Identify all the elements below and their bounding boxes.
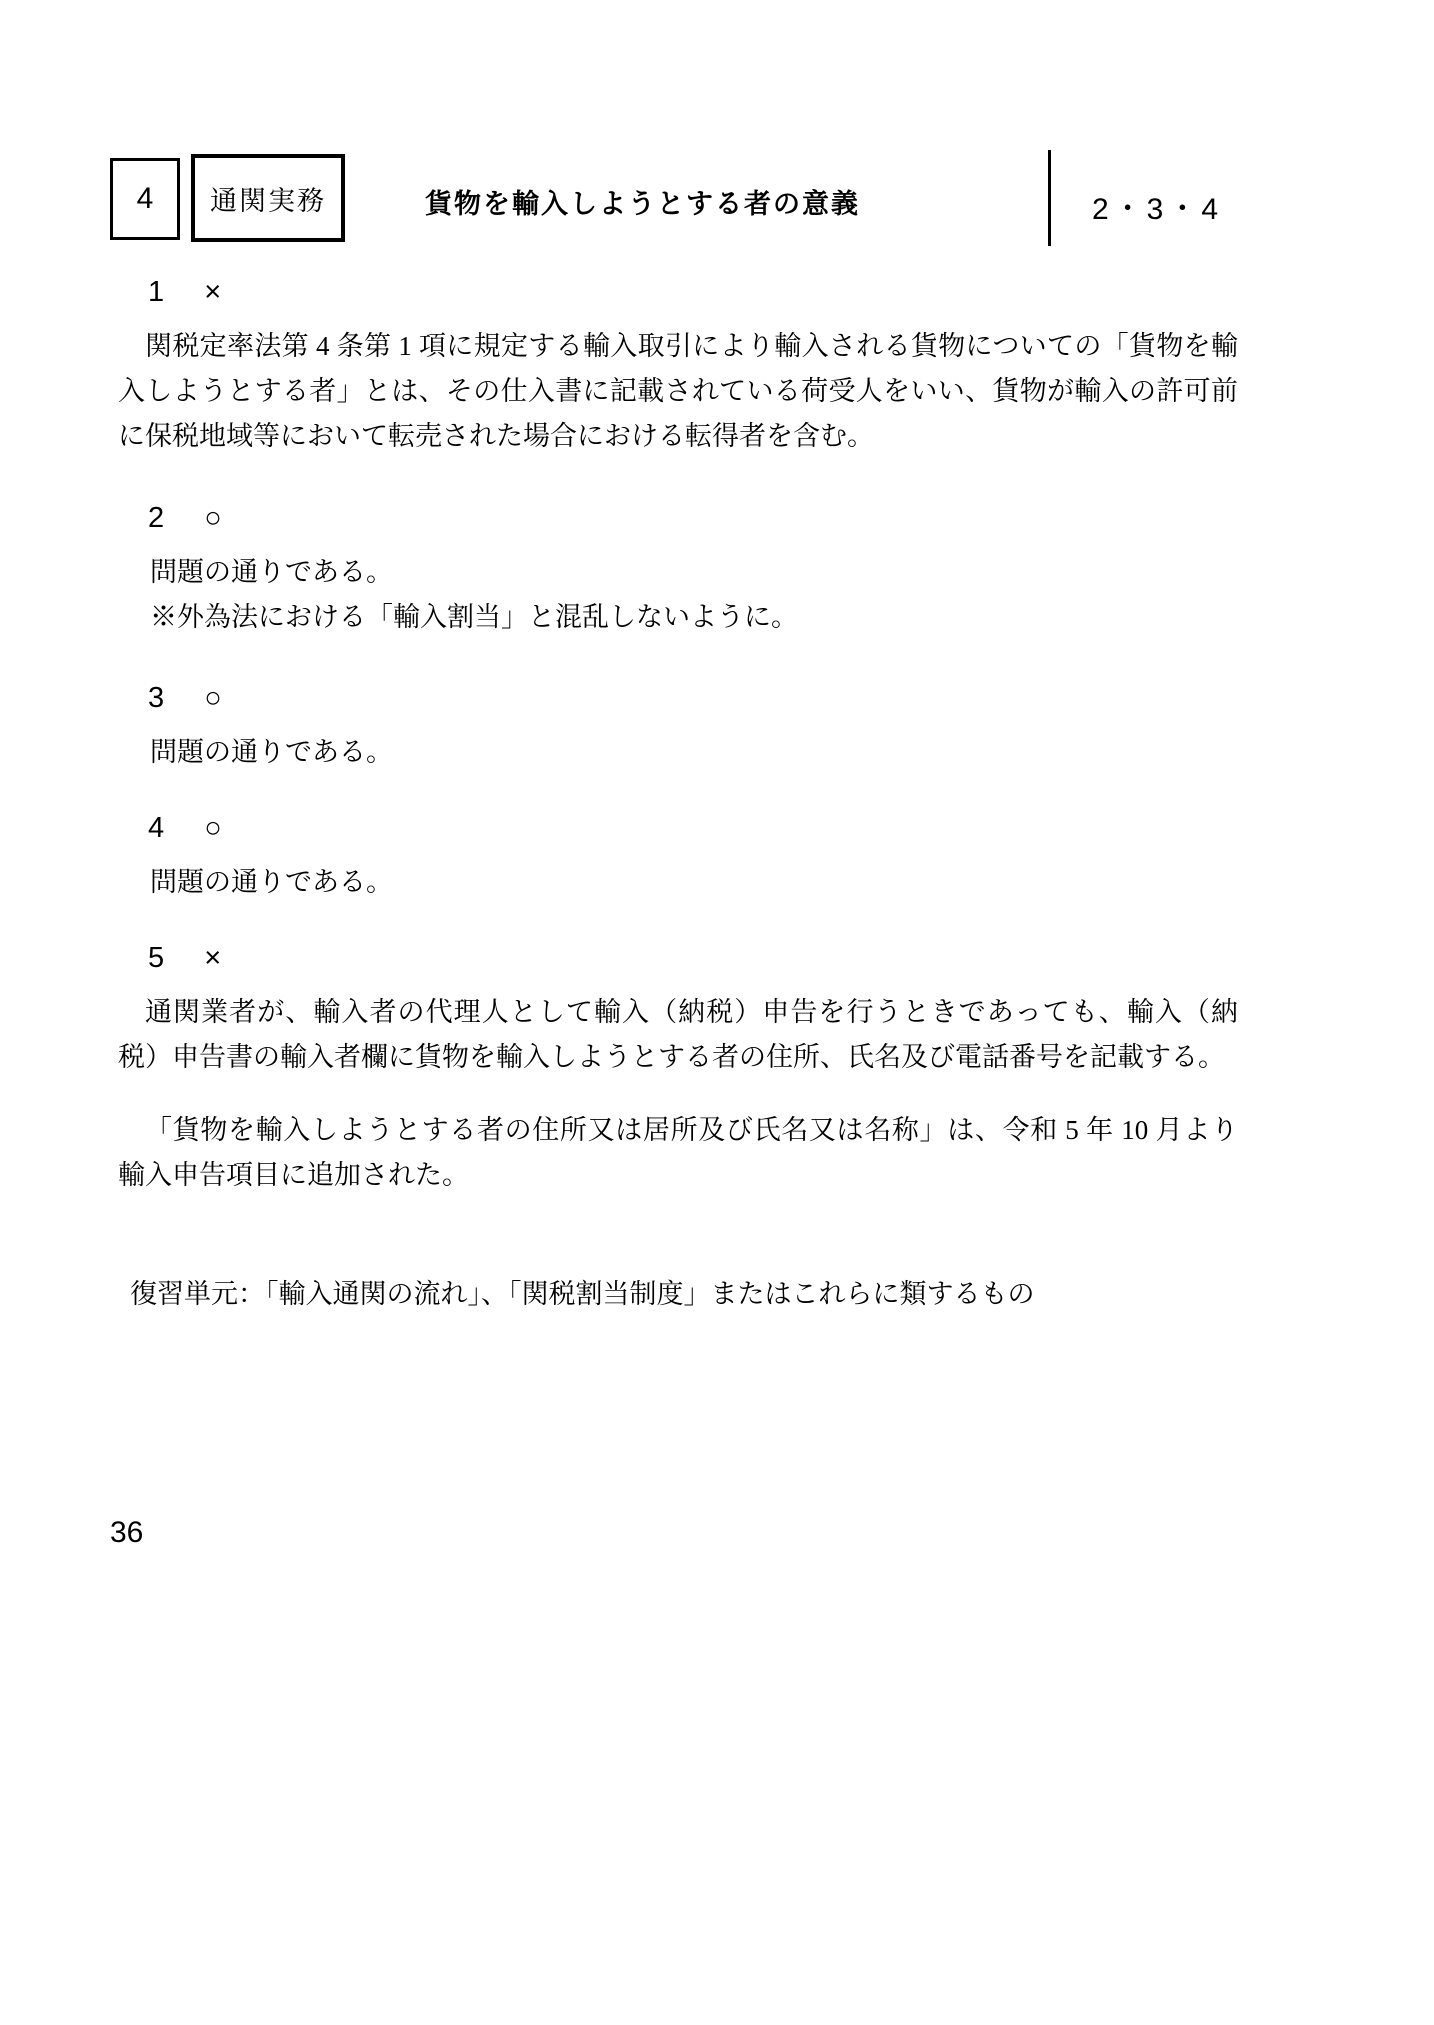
- answer-item-3: 3 ○ 問題の通りである。: [110, 678, 1244, 775]
- answer-2-header: 2 ○: [110, 498, 1244, 538]
- unit-number-box: 4: [110, 158, 180, 240]
- answer-4-mark: ○: [204, 808, 222, 848]
- answer-5-number: 5: [148, 938, 164, 978]
- answer-5-header: 5 ×: [110, 938, 1244, 978]
- answer-2-number: 2: [148, 498, 164, 538]
- answer-2-body: 問題の通りである。 ※外為法における「輸入割当」と混乱しないように。: [110, 550, 1244, 640]
- answer-4-body: 問題の通りである。: [110, 860, 1244, 905]
- answer-1-body: 関税定率法第 4 条第 1 項に規定する輸入取引により輸入される貨物についての「…: [110, 324, 1244, 459]
- answer-1-header: 1 ×: [110, 272, 1244, 312]
- document-page: 4 通関実務 貨物を輸入しようとする者の意義 2・3・4 1 × 関税定率法第 …: [0, 0, 1434, 2025]
- subject-box: 通関実務: [191, 154, 345, 242]
- answer-3-explanation: 問題の通りである。: [150, 730, 1244, 775]
- answer-3-mark: ○: [204, 678, 222, 718]
- answer-4-explanation: 問題の通りである。: [150, 860, 1244, 905]
- answer-3-body: 問題の通りである。: [110, 730, 1244, 775]
- unit-number: 4: [137, 182, 154, 216]
- page-number: 36: [110, 1516, 143, 1550]
- answer-item-5: 5 × 通関業者が、輸入者の代理人として輸入（納税）申告を行うときであっても、輸…: [110, 938, 1244, 1198]
- answer-5-supplement: 「貨物を輸入しようとする者の住所又は居所及び氏名又は名称」は、令和 5 年 10…: [118, 1108, 1238, 1198]
- answer-1-number: 1: [148, 272, 164, 312]
- header-divider-line: [1048, 150, 1051, 246]
- answer-item-2: 2 ○ 問題の通りである。 ※外為法における「輸入割当」と混乱しないように。: [110, 498, 1244, 640]
- answer-2-note: ※外為法における「輸入割当」と混乱しないように。: [150, 595, 1244, 640]
- answer-3-number: 3: [148, 678, 164, 718]
- answer-4-header: 4 ○: [110, 808, 1244, 848]
- answer-2-explanation: 問題の通りである。: [150, 550, 1244, 595]
- answer-2-mark: ○: [204, 498, 222, 538]
- review-unit-note: 復習単元：「輸入通関の流れ」、「関税割当制度」またはこれらに類するもの: [130, 1272, 1035, 1311]
- answer-5-body: 通関業者が、輸入者の代理人として輸入（納税）申告を行うときであっても、輸入（納税…: [110, 990, 1244, 1198]
- subject-label: 通関実務: [210, 179, 326, 218]
- answer-5-mark: ×: [204, 938, 221, 978]
- page-title: 貨物を輸入しようとする者の意義: [425, 182, 860, 221]
- answer-5-explanation: 通関業者が、輸入者の代理人として輸入（納税）申告を行うときであっても、輸入（納税…: [118, 990, 1238, 1080]
- answer-item-4: 4 ○ 問題の通りである。: [110, 808, 1244, 905]
- answer-4-number: 4: [148, 808, 164, 848]
- answer-item-1: 1 × 関税定率法第 4 条第 1 項に規定する輸入取引により輸入される貨物につ…: [110, 272, 1244, 459]
- related-question-numbers: 2・3・4: [1092, 184, 1222, 228]
- answer-1-explanation: 関税定率法第 4 条第 1 項に規定する輸入取引により輸入される貨物についての「…: [118, 324, 1238, 459]
- answer-3-header: 3 ○: [110, 678, 1244, 718]
- answer-1-mark: ×: [204, 272, 221, 312]
